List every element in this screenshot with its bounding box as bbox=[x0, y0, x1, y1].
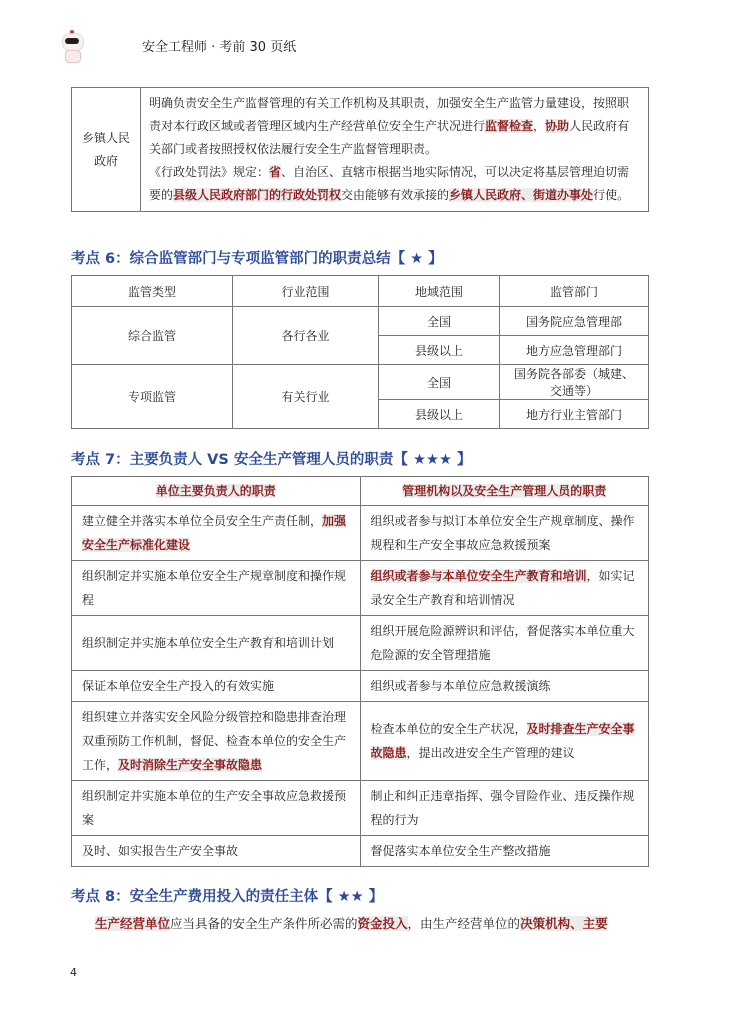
text: 组织或者参与本单位应急救援演练 bbox=[371, 679, 551, 693]
right-cell: 组织开展危险源辨识和评估，督促落实本单位重大危险源的安全管理措施 bbox=[360, 616, 649, 671]
table-row: 组织制定并实施本单位安全生产规章制度和操作规程组织或者参与本单位安全生产教育和培… bbox=[72, 561, 649, 616]
text: ，由生产经营单位的 bbox=[408, 916, 521, 931]
text: 制止和纠正违章指挥、强令冒险作业、违反操作规程的行为 bbox=[371, 789, 635, 827]
cell: 有关行业 bbox=[233, 365, 379, 429]
column-header: 监管类型 bbox=[72, 276, 233, 307]
text: 组织制定并实施本单位安全生产教育和培训计划 bbox=[82, 636, 334, 650]
text: 《行政处罚法》规定： bbox=[149, 165, 269, 179]
right-cell: 组织或者参与拟订本单位安全生产规章制度、操作规程和生产安全事故应急救援预案 bbox=[360, 506, 649, 561]
highlight: 监督检查 bbox=[485, 119, 533, 133]
page-header: 安全工程师 · 考前 30 页纸 bbox=[60, 28, 84, 64]
left-cell: 组织制定并实施本单位安全生产规章制度和操作规程 bbox=[72, 561, 361, 616]
column-header: 行业范围 bbox=[233, 276, 379, 307]
table-row: 建立健全并落实本单位全员安全生产责任制，加强安全生产标准化建设组织或者参与拟订本… bbox=[72, 506, 649, 561]
row-content: 明确负责安全生产监督管理的有关工作机构及其职责，加强安全生产监管力量建设，按照职… bbox=[141, 88, 649, 212]
cell: 地方应急管理部门 bbox=[500, 336, 649, 365]
cell: 地方行业主管部门 bbox=[500, 400, 649, 429]
table-row: 专项监管 有关行业 全国 国务院各部委（城建、交通等） bbox=[72, 365, 649, 400]
cell: 县级以上 bbox=[379, 336, 500, 365]
text: 建立健全并落实本单位全员安全生产责任制， bbox=[82, 514, 322, 528]
highlight: 县级人民政府部门的行政处罚权 bbox=[173, 188, 341, 202]
cell: 县级以上 bbox=[379, 400, 500, 429]
right-cell: 组织或者参与本单位安全生产教育和培训，如实记录安全生产教育和培训情况 bbox=[360, 561, 649, 616]
cell: 全国 bbox=[379, 307, 500, 336]
township-government-table: 乡镇人民政府 明确负责安全生产监督管理的有关工作机构及其职责，加强安全生产监管力… bbox=[71, 87, 649, 212]
text: 保证本单位安全生产投入的有效实施 bbox=[82, 679, 274, 693]
right-cell: 组织或者参与本单位应急救援演练 bbox=[360, 671, 649, 702]
left-cell: 建立健全并落实本单位全员安全生产责任制，加强安全生产标准化建设 bbox=[72, 506, 361, 561]
right-cell: 督促落实本单位安全生产整改措施 bbox=[360, 836, 649, 867]
text: 应当具备的安全生产条件所必需的 bbox=[170, 916, 358, 931]
supervision-table: 监管类型 行业范围 地域范围 监管部门 综合监管 各行各业 全国 国务院应急管理… bbox=[71, 275, 649, 429]
row-label: 乡镇人民政府 bbox=[72, 88, 141, 212]
cell: 各行各业 bbox=[233, 307, 379, 365]
table-row: 组织制定并实施本单位安全生产教育和培训计划组织开展危险源辨识和评估，督促落实本单… bbox=[72, 616, 649, 671]
right-cell: 检查本单位的安全生产状况，及时排查生产安全事故隐患，提出改进安全生产管理的建议 bbox=[360, 702, 649, 781]
cell: 专项监管 bbox=[72, 365, 233, 429]
highlight: 生产经营单位 bbox=[95, 916, 170, 931]
left-cell: 组织制定并实施本单位的生产安全事故应急救援预案 bbox=[72, 781, 361, 836]
table-row: 组织建立并落实安全风险分级管控和隐患排查治理双重预防工作机制，督促、检查本单位的… bbox=[72, 702, 649, 781]
responsibility-table: 单位主要负责人的职责 管理机构以及安全生产管理人员的职责 建立健全并落实本单位全… bbox=[71, 476, 649, 867]
page-number: 4 bbox=[70, 966, 77, 979]
text: 组织或者参与拟订本单位安全生产规章制度、操作规程和生产安全事故应急救援预案 bbox=[371, 514, 635, 552]
table-row: 组织制定并实施本单位的生产安全事故应急救援预案制止和纠正违章指挥、强令冒险作业、… bbox=[72, 781, 649, 836]
column-header: 监管部门 bbox=[500, 276, 649, 307]
highlight: 协助 bbox=[545, 119, 569, 133]
text: 交由能够有效承接的 bbox=[341, 188, 449, 202]
highlight: 省 bbox=[269, 165, 281, 179]
text: 督促落实本单位安全生产整改措施 bbox=[371, 844, 551, 858]
cell: 国务院应急管理部 bbox=[500, 307, 649, 336]
section-8-title: 考点 8：安全生产费用投入的责任主体【 ★★ 】 bbox=[71, 885, 383, 906]
text: 组织制定并实施本单位的生产安全事故应急救援预案 bbox=[82, 789, 346, 827]
section-8-paragraph: 生产经营单位应当具备的安全生产条件所必需的资金投入，由生产经营单位的决策机构、主… bbox=[71, 914, 651, 932]
table-row: 及时、如实报告生产安全事故督促落实本单位安全生产整改措施 bbox=[72, 836, 649, 867]
text: ， bbox=[533, 119, 545, 133]
section-6-title: 考点 6：综合监管部门与专项监管部门的职责总结【 ★ 】 bbox=[71, 247, 443, 268]
section-7-title: 考点 7：主要负责人 VS 安全生产管理人员的职责【 ★★★ 】 bbox=[71, 448, 472, 469]
table-row: 乡镇人民政府 明确负责安全生产监督管理的有关工作机构及其职责，加强安全生产监管力… bbox=[72, 88, 649, 212]
text: ，提出改进安全生产管理的建议 bbox=[407, 746, 575, 760]
highlight: 决策机构、主要 bbox=[520, 916, 608, 931]
left-cell: 组织建立并落实安全风险分级管控和隐患排查治理双重预防工作机制，督促、检查本单位的… bbox=[72, 702, 361, 781]
cell: 全国 bbox=[379, 365, 500, 400]
cell: 国务院各部委（城建、交通等） bbox=[500, 365, 649, 400]
left-cell: 组织制定并实施本单位安全生产教育和培训计划 bbox=[72, 616, 361, 671]
table-header-row: 监管类型 行业范围 地域范围 监管部门 bbox=[72, 276, 649, 307]
text: 组织开展危险源辨识和评估，督促落实本单位重大危险源的安全管理措施 bbox=[371, 624, 635, 662]
text: 及时、如实报告生产安全事故 bbox=[82, 844, 238, 858]
text: 行使。 bbox=[593, 188, 629, 202]
highlight: 资金投入 bbox=[358, 916, 408, 931]
table-header-row: 单位主要负责人的职责 管理机构以及安全生产管理人员的职责 bbox=[72, 477, 649, 506]
text: 组织制定并实施本单位安全生产规章制度和操作规程 bbox=[82, 569, 346, 607]
table-row: 综合监管 各行各业 全国 国务院应急管理部 bbox=[72, 307, 649, 336]
cell: 综合监管 bbox=[72, 307, 233, 365]
highlight: 组织或者参与本单位安全生产教育和培训 bbox=[371, 569, 587, 583]
column-header: 管理机构以及安全生产管理人员的职责 bbox=[360, 477, 649, 506]
highlight: 及时消除生产安全事故隐患 bbox=[118, 758, 262, 772]
left-cell: 保证本单位安全生产投入的有效实施 bbox=[72, 671, 361, 702]
right-cell: 制止和纠正违章指挥、强令冒险作业、违反操作规程的行为 bbox=[360, 781, 649, 836]
robot-mascot-icon bbox=[60, 29, 84, 63]
text: 检查本单位的安全生产状况， bbox=[371, 722, 527, 736]
highlight: 乡镇人民政府、街道办事处 bbox=[449, 188, 593, 202]
column-header: 地域范围 bbox=[379, 276, 500, 307]
table-row: 保证本单位安全生产投入的有效实施组织或者参与本单位应急救援演练 bbox=[72, 671, 649, 702]
left-cell: 及时、如实报告生产安全事故 bbox=[72, 836, 361, 867]
column-header: 单位主要负责人的职责 bbox=[72, 477, 361, 506]
header-title: 安全工程师 · 考前 30 页纸 bbox=[142, 36, 296, 55]
